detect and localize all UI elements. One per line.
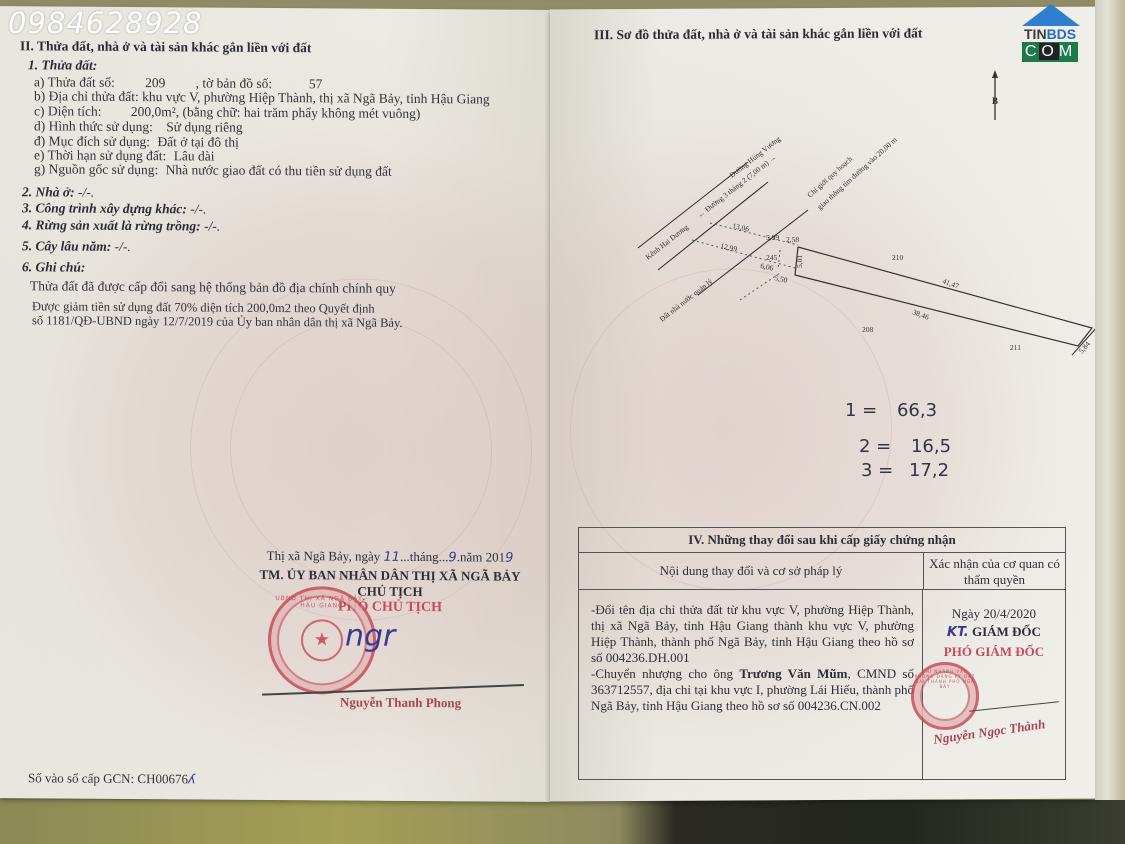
svg-text:Kênh Hai Dương: Kênh Hai Dương: [644, 222, 691, 261]
handwritten-signature: ngr: [345, 618, 395, 653]
registry-label: Số vào sổ cấp GCN:: [28, 770, 134, 786]
issuing-authority: TM. ỦY BAN NHÂN DÂN THỊ XÃ NGÃ BẢY: [245, 567, 535, 585]
svg-text:5,50: 5,50: [774, 273, 789, 285]
signer-name: Nguyễn Thanh Phong: [340, 694, 461, 711]
confirmation-deputy-title: PHÓ GIÁM ĐỐC: [923, 644, 1065, 660]
notes-title: 6. Ghi chú:: [22, 259, 85, 275]
star-emblem-icon: ★: [301, 619, 343, 661]
handwritten-notes: 1 = 66,3 2 = 16,5 3 = 17,2: [845, 393, 951, 489]
svg-text:245: 245: [766, 253, 778, 262]
usage-form-value: Sử dụng riêng: [166, 119, 242, 135]
tinbds-logo: TINBDS COM: [1020, 4, 1080, 62]
svg-text:2,58: 2,58: [786, 235, 799, 244]
svg-text:← Đường 3 tháng 2 (7,00 m) →: ← Đường 3 tháng 2 (7,00 m) →: [696, 153, 778, 220]
plastic-sleeve-edge: [1095, 0, 1125, 800]
registry-value: CH00676: [137, 771, 188, 786]
item-perennial-trees: 5. Cây lâu năm: -/-.: [22, 238, 131, 255]
handwritten-note-3: 3 = 17,2: [861, 453, 951, 489]
issue-date: Thị xã Ngã Bảy, ngày 11...tháng...9.năm …: [245, 548, 535, 566]
note-line-3: số 1181/QĐ-UBND ngày 12/7/2019 của Ủy ba…: [32, 313, 403, 331]
issue-month: 9: [448, 550, 456, 565]
usage-origin-row: g) Nguồn gốc sử dụng: Nhà nước giao đất …: [34, 161, 392, 179]
section-iii-title: III. Sơ đồ thửa đất, nhà ở và tài sản kh…: [594, 25, 922, 43]
svg-text:5,84: 5,84: [1077, 339, 1092, 355]
item-other-construction: 3. Công trình xây dựng khác: -/-.: [22, 200, 206, 217]
usage-origin-label: g) Nguồn gốc sử dụng:: [34, 161, 158, 177]
svg-text:12,99: 12,99: [720, 241, 739, 253]
svg-text:208: 208: [862, 325, 874, 334]
issue-day: 11: [383, 550, 400, 565]
usage-origin-value: Nhà nước giao đất có thu tiền sử dụng đấ…: [166, 162, 392, 179]
parcel-area-label: c) Diện tích:: [34, 103, 101, 118]
column-change-content: Nội dung thay đổi và cơ sở pháp lý: [579, 553, 924, 589]
usage-form-label: d) Hình thức sử dụng:: [34, 118, 153, 134]
watermark-emblem-inner: [230, 318, 492, 582]
change-entry-transfer: -Chuyển nhượng cho ông Trương Văn Mũm, C…: [591, 666, 914, 714]
confirmation-role: KT. GIÁM ĐỐC: [923, 624, 1065, 640]
changes-table-header: Nội dung thay đổi và cơ sở pháp lý Xác n…: [579, 553, 1065, 590]
authority-confirmation-cell: Ngày 20/4/2020 KT. GIÁM ĐỐC PHÓ GIÁM ĐỐC…: [923, 590, 1065, 780]
branch-red-stamp: CHI NHÁNH VĂN PHÒNG ĐĂNG KÝ ĐẤT ĐAI THÀN…: [911, 662, 979, 730]
subsection-land-parcel: 1. Thửa đất:: [28, 57, 97, 73]
handwritten-note-1: 1 = 66,3: [845, 393, 951, 429]
svg-text:Đất nhà nước quản lý: Đất nhà nước quản lý: [658, 277, 715, 324]
registry-number-row: Số vào sổ cấp GCN: CH00676ʎ: [28, 770, 196, 787]
house-roof-icon: [1022, 4, 1080, 26]
svg-text:13,06: 13,06: [732, 221, 751, 233]
svg-text:5,99: 5,99: [766, 233, 779, 242]
parcel-sketch: B Đường Hùng Vương← Đường 3 tháng 2 (7,0…: [620, 70, 1100, 370]
svg-text:B: B: [992, 96, 998, 106]
section-ii-title: II. Thửa đất, nhà ở và tài sản khác gắn …: [20, 38, 311, 56]
confirmation-date: Ngày 20/4/2020: [923, 606, 1065, 622]
svg-text:210: 210: [892, 253, 904, 262]
column-authority-confirmation: Xác nhận của cơ quan có thẩm quyền: [924, 553, 1065, 589]
change-entry-address-rename: -Đổi tên địa chỉ thửa đất từ khu vực V, …: [591, 602, 914, 666]
item-house: 2. Nhà ở: -/-.: [22, 184, 94, 201]
north-arrow-icon: B: [992, 70, 998, 120]
signature-line: [969, 701, 1059, 711]
svg-text:5,01: 5,01: [795, 255, 804, 268]
certificate-left-page: II. Thửa đất, nhà ở và tài sản khác gắn …: [0, 6, 550, 802]
changes-table-title: IV. Những thay đổi sau khi cấp giấy chứn…: [579, 528, 1065, 553]
table-row: -Đổi tên địa chỉ thửa đất từ khu vực V, …: [579, 590, 1065, 780]
changes-table: IV. Những thay đổi sau khi cấp giấy chứn…: [578, 527, 1066, 780]
note-line-1: Thửa đất đã được cấp đổi sang hệ thống b…: [30, 278, 396, 297]
svg-text:38,46: 38,46: [911, 307, 930, 321]
svg-text:211: 211: [1010, 343, 1021, 352]
parcel-address-label: b) Địa chỉ thửa đất:: [34, 88, 139, 104]
usage-term-value: Lâu dài: [174, 148, 215, 163]
svg-text:6,06: 6,06: [760, 261, 775, 273]
change-content-cell: -Đổi tên địa chỉ thửa đất từ khu vực V, …: [579, 590, 923, 780]
phone-watermark: 0984628928: [8, 6, 203, 40]
item-planted-forest: 4. Rừng sản xuất là rừng trồng: -/-.: [22, 217, 220, 234]
transferee-name: Trương Văn Mũm: [739, 666, 847, 681]
table-surface: [0, 800, 1125, 844]
